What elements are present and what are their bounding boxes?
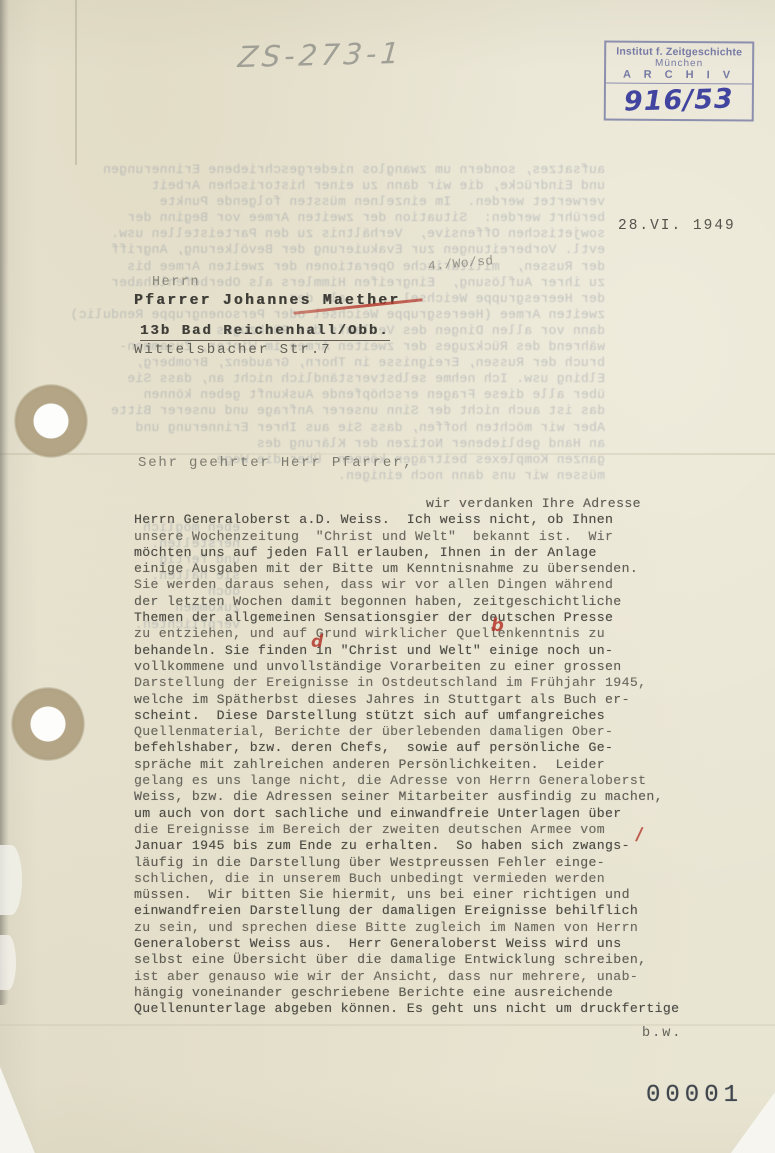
- paper-tear: [0, 935, 16, 990]
- bleedthrough-line: und Eindrücke, die wir dann zu einer his…: [30, 178, 605, 194]
- bleedthrough-line: berührt werden: Situation der zweiten Ar…: [30, 210, 605, 226]
- letter-body-line: gelang es uns lange nicht, die Adresse v…: [134, 773, 709, 789]
- red-correction-mark: b: [491, 615, 504, 636]
- letter-body-line: Themen der allgemeinen Sensationsgier de…: [134, 610, 709, 626]
- bleedthrough-line: evtl. Vorbereitungen zur Evakuierung der…: [30, 242, 605, 258]
- letter-body-line: befehlshaber, bzw. deren Chefs, sowie au…: [134, 740, 709, 756]
- scanned-letter-page: aufsatzes, sondern um zwanglos niederges…: [0, 0, 775, 1153]
- bleedthrough-line: Elbing usw. Ich nehme selbstverständlich…: [30, 371, 605, 387]
- paper-tear: [0, 845, 22, 915]
- letter-body-line: Darstellung der Ereignisse in Ostdeutsch…: [134, 675, 709, 691]
- letter-date: 28.VI. 1949: [618, 218, 736, 234]
- letter-body-line: Sie werden daraus sehen, dass wir vor al…: [134, 577, 709, 593]
- letter-body-line: hängig voneinander geschriebene Berichte…: [134, 985, 709, 1001]
- bleedthrough-line: das ist auch nicht der Sinn unserer Anfr…: [30, 403, 605, 419]
- page-number-stamp: 00001: [646, 1082, 743, 1109]
- letter-body-line: unsere Wochenzeitung "Christ und Welt" b…: [134, 529, 709, 545]
- torn-corner-bottom-left: [0, 1055, 60, 1153]
- bleedthrough-line: verwertet werden. Im einzelnen müssten f…: [30, 194, 605, 210]
- letter-body-line: Quellenmaterial, Berichte der überlebend…: [134, 724, 709, 740]
- letter-body-line: behandeln. Sie finden in "Christ und Wel…: [134, 643, 709, 659]
- bleedthrough-line: aufsatzes, sondern um zwanglos niederges…: [30, 162, 605, 178]
- archive-stamp: Institut f. Zeitgeschichte München A R C…: [604, 40, 755, 121]
- letter-body-line: Januar 1945 bis zum Ende zu erhalten. So…: [134, 838, 709, 854]
- paper-fold-line: [75, 0, 77, 165]
- letter-body-line: Weiss, bzw. die Adressen seiner Mitarbei…: [134, 789, 709, 805]
- letter-body-line: welche im Spätherbst dieses Jahres in St…: [134, 692, 709, 708]
- bleedthrough-line: sowjetischen Offensive, Verhältnis zu de…: [30, 226, 605, 242]
- recipient-salutation: Herrn: [152, 275, 200, 290]
- bleedthrough-line: über alle diese Fragen erschöpfende Ausk…: [30, 387, 605, 403]
- red-correction-mark: d: [311, 632, 323, 652]
- letter-body-line: die Ereignisse im Bereich der zweiten de…: [134, 822, 709, 838]
- stamp-signature-number: 916/53: [605, 82, 752, 121]
- letter-body-line: Quellenunterlage abgeben können. Es geht…: [134, 1001, 709, 1017]
- pencil-shelfmark: ZS-273-1: [237, 36, 405, 74]
- punch-hole-reinforcement: [11, 687, 85, 761]
- letter-body-line: vollkommene und unvollständige Vorarbeit…: [134, 659, 709, 675]
- letter-body-line: müssen. Wir bitten Sie hiermit, uns bei …: [134, 887, 709, 903]
- stamp-archiv-line: A R C H I V: [608, 69, 750, 82]
- letter-body-line: möchten uns auf jeden Fall erlauben, Ihn…: [134, 545, 709, 561]
- letter-body-line: Generaloberst Weiss aus. Herr Generalobe…: [134, 936, 709, 952]
- recipient-town: 13b Bad Reichenhall/Obb.: [140, 323, 390, 341]
- turn-over-note: b.w.: [642, 1026, 682, 1041]
- letter-body-line: einwandfreien Darstellung der damaligen …: [134, 903, 709, 919]
- punch-hole-reinforcement: [14, 384, 88, 458]
- archive-stamp-header: Institut f. Zeitgeschichte München A R C…: [606, 42, 752, 84]
- letter-body-line: Herrn Generaloberst a.D. Weiss. Ich weis…: [134, 512, 709, 528]
- bleedthrough-line: zu ihrer Auflösung, Eingreifen Himmlers …: [30, 275, 605, 291]
- recipient-street: Wittelsbacher Str.7: [134, 342, 332, 358]
- stamp-institute-line: Institut f. Zeitgeschichte: [608, 46, 750, 59]
- letter-body-line: selbst eine Übersicht über die damalige …: [134, 952, 709, 968]
- letter-body-line: der letzten Wochen damit begonnen haben,…: [134, 594, 709, 610]
- letter-greeting: Sehr geehrter Herr Pfarrer,: [138, 455, 413, 471]
- letter-body-line: um auch von dort sachliche und einwandfr…: [134, 806, 709, 822]
- bleedthrough-line: der Russen, militärische Operationen der…: [30, 259, 605, 275]
- bleedthrough-line: Aber wir möchten hoffen, dass Sie aus Ih…: [30, 420, 605, 436]
- letter-body-line: einige Ausgaben mit der Bitte um Kenntni…: [134, 561, 709, 577]
- letter-body-line: zu entziehen, und auf Grund wirklicher Q…: [134, 626, 709, 642]
- letter-body-line: zu sein, und sprechen diese Bitte zuglei…: [134, 920, 709, 936]
- letter-body-line: scheint. Diese Darstellung stützt sich a…: [134, 708, 709, 724]
- letter-body-line: wir verdanken Ihre Adresse: [134, 496, 709, 512]
- letter-body: wir verdanken Ihre AdresseHerrn Generalo…: [134, 496, 709, 1018]
- letter-body-line: ist aber genauso wie wir der Ansicht, da…: [134, 969, 709, 985]
- letter-body-line: spräche mit zahlreichen anderen Persönli…: [134, 757, 709, 773]
- letter-body-line: läufig in die Darstellung über Westpreus…: [134, 855, 709, 871]
- letter-body-line: schlichen, die in unserem Buch unbedingt…: [134, 871, 709, 887]
- bleedthrough-line: an Hand gebliebener Notizen der Klärung …: [30, 436, 605, 452]
